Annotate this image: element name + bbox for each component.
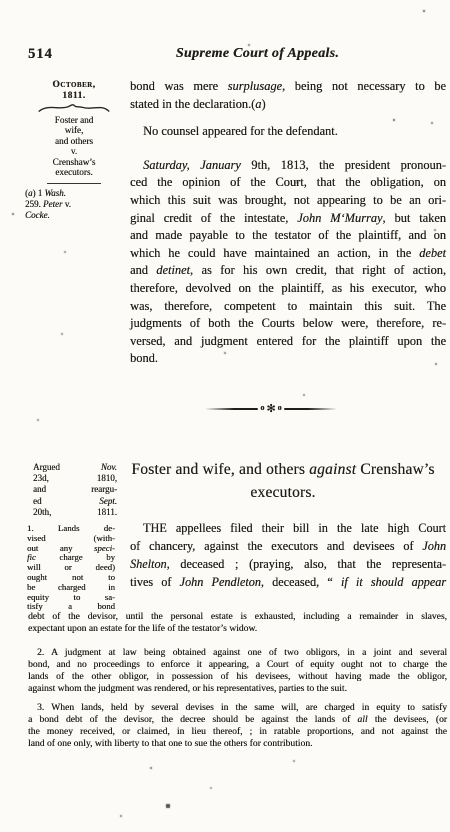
text-line: stated in the declaration.(a): [130, 96, 446, 114]
case2-body: THE appellees filed their bill in the la…: [130, 519, 446, 591]
case1-body: bond was mere surplusage, being not nece…: [130, 78, 446, 368]
text-line: 1811.: [25, 91, 123, 102]
text-line: Argued Nov.: [33, 462, 117, 473]
text-line: Cocke.: [25, 210, 123, 221]
paragraph-opinion: Saturday, January 9th, 1813, the preside…: [130, 157, 446, 368]
text-line: executors.: [25, 167, 123, 177]
text-line: Foster and: [25, 115, 123, 125]
scanned-book-page: 514 Supreme Court of Appeals. October,18…: [0, 0, 450, 832]
scan-noise: [0, 0, 2, 2]
section-divider: o ✻ o: [205, 403, 337, 415]
divider-star-icon: ✻: [266, 404, 275, 415]
text-line: judgments of both the Courts below were,…: [130, 315, 446, 333]
text-line: ginal credit of the intestate, John M‘Mu…: [130, 210, 446, 228]
text-line: Foster and wife, and others against Cren…: [118, 458, 448, 481]
divider-dot: o: [278, 404, 282, 412]
text-line: 2. A judgment at law being obtained agai…: [28, 647, 447, 659]
text-line: No counsel appeared for the defendant.: [130, 123, 446, 141]
text-line: and reargu-: [33, 484, 117, 495]
text-line: October,: [25, 80, 123, 91]
text-line: and others: [25, 136, 123, 146]
text-line: and made payable to the testator of the …: [130, 227, 446, 245]
text-line: executors.: [118, 481, 448, 504]
text-line: bond was mere surplusage, being not nece…: [130, 78, 446, 96]
text-line: against whom the judgment was rendered, …: [28, 683, 447, 695]
text-line: was, therefore, competent to maintain th…: [130, 298, 446, 316]
text-line: tives of John Pendleton, deceased, “ if …: [130, 573, 446, 591]
text-line: and detinet, as for his own credit, that…: [130, 262, 446, 280]
text-line: 20th, 1811.: [33, 507, 117, 518]
text-line: versed, and judgment entered for the pla…: [130, 333, 446, 351]
text-line: (a) 1 Wash.: [25, 188, 123, 199]
text-line: expectant upon an estate for the life of…: [28, 623, 447, 635]
text-line: a bond debt of the devisor, the decree s…: [28, 714, 447, 726]
margin-column-case1: October,1811. Foster andwife,and othersv…: [25, 80, 123, 220]
text-line: land of one only, with liberty to that o…: [28, 738, 447, 750]
text-line: of chancery, against the executors and d…: [130, 537, 446, 555]
footnote-2: 2. A judgment at law being obtained agai…: [28, 647, 447, 695]
text-line: bond.: [130, 350, 446, 368]
text-line: THE appellees filed their bill in the la…: [130, 519, 446, 537]
running-title: Supreme Court of Appeals.: [95, 46, 420, 62]
text-line: Crenshaw’s: [25, 157, 123, 167]
text-line: bond, and no proceedings to enforce it a…: [28, 659, 447, 671]
paragraph-no-counsel: No counsel appeared for the defendant.: [130, 123, 446, 141]
text-line: ed Sept.: [33, 496, 117, 507]
margin-citation-note: (a) 1 Wash.259. Peter v.Cocke.: [25, 188, 123, 220]
text-line: 23d, 1810,: [33, 473, 117, 484]
text-line: which he could have maintained an action…: [130, 245, 446, 263]
page-header: 514 Supreme Court of Appeals.: [0, 46, 450, 66]
text-line: Saturday, January 9th, 1813, the preside…: [130, 157, 446, 175]
text-line: lands of the other obligor, in possessio…: [28, 671, 447, 683]
text-line: debt of the devisor, until the personal …: [28, 611, 447, 623]
page-number: 514: [28, 46, 53, 63]
argued-date-note: Argued Nov.23d, 1810,and reargu-ed Sept.…: [33, 462, 117, 518]
text-line: 3. When lands, held by several devises i…: [28, 702, 447, 714]
margin-rule: [47, 183, 101, 184]
text-line: 259. Peter v.: [25, 199, 123, 210]
case2-heading: Foster and wife, and others against Cren…: [118, 458, 448, 504]
term-date-note: October,1811.: [25, 80, 123, 102]
divider-line: [205, 408, 258, 410]
footnote-3: 3. When lands, held by several devises i…: [28, 702, 447, 750]
text-line: v.: [25, 146, 123, 156]
text-line: ced the opinion of the Court, that the o…: [130, 174, 446, 192]
text-line: which this suit was brought, not appeari…: [130, 192, 446, 210]
margin-column-case2: Argued Nov.23d, 1810,and reargu-ed Sept.…: [25, 462, 123, 612]
brace-icon: [35, 102, 113, 113]
footnotes-block: debt of the devisor, until the personal …: [28, 611, 447, 750]
footnote-1: debt of the devisor, until the personal …: [28, 611, 447, 635]
paragraph-surplusage: bond was mere surplusage, being not nece…: [130, 78, 446, 113]
text-line: therefore, devolved on the plaintiff, as…: [130, 280, 446, 298]
divider-dot: o: [260, 404, 264, 412]
case-parties-note: Foster andwife,and othersv.Crenshaw’sexe…: [25, 115, 123, 177]
text-line: the money received, or claimed, in lieu …: [28, 726, 447, 738]
text-line: wife,: [25, 125, 123, 135]
syllabus-margin-note: 1. Lands de-vised (with-out any speci-fi…: [27, 524, 115, 612]
divider-line: [284, 408, 337, 410]
text-line: Shelton, deceased ; (praying, also, that…: [130, 555, 446, 573]
